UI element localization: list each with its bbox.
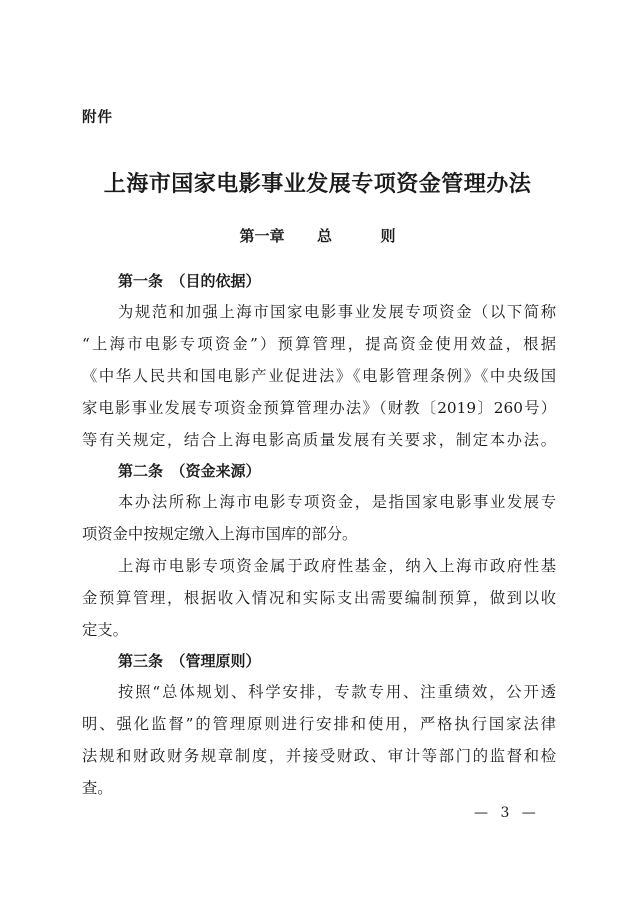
page-number: — 3 —	[474, 805, 540, 821]
article-2-line: 金预算管理，根据收入情况和实际支出需要编制预算，做到以收	[82, 587, 556, 609]
document-title: 上海市国家电影事业发展专项资金管理办法	[0, 167, 635, 198]
chapter-number: 第一章	[240, 225, 285, 246]
article-1-heading: 第一条 （目的依据）	[118, 270, 261, 291]
article-2-line: 定支。	[82, 619, 556, 641]
article-2-line: 项资金中按规定缴入上海市国库的部分。	[82, 523, 556, 545]
article-2-heading: 第二条 （资金来源）	[118, 460, 261, 481]
chapter-heading: 第一章 总 则	[0, 225, 635, 246]
article-3-line: 明、强化监督”的管理原则进行安排和使用，严格执行国家法律	[82, 713, 556, 735]
article-2-line: 上海市电影专项资金属于政府性基金，纳入上海市政府性基	[118, 555, 556, 577]
article-2-line: 本办法所称上海市电影专项资金，是指国家电影事业发展专	[118, 491, 556, 513]
article-3-line: 按照“总体规划、科学安排，专款专用、注重绩效，公开透	[118, 681, 556, 703]
chapter-name-part1: 总	[317, 225, 332, 246]
article-1-line: 为规范和加强上海市国家电影事业发展专项资金（以下简称	[118, 301, 556, 323]
attachment-label: 附件	[82, 106, 113, 127]
article-1-line: 等有关规定，结合上海电影高质量发展有关要求，制定本办法。	[82, 429, 556, 451]
article-3-heading: 第三条 （管理原则）	[118, 650, 261, 671]
article-3-line: 法规和财政财务规章制度，并接受财政、审计等部门的监督和检	[82, 745, 556, 767]
chapter-name-part2: 则	[380, 225, 395, 246]
article-1-line: 《中华人民共和国电影产业促进法》《电影管理条例》《中央级国	[82, 365, 556, 387]
article-3-line: 查。	[82, 777, 556, 799]
article-1-line: 家电影事业发展专项资金预算管理办法》（财教〔2019〕260号）	[82, 397, 556, 419]
article-1-line: “上海市电影专项资金”）预算管理，提高资金使用效益，根据	[82, 333, 556, 355]
